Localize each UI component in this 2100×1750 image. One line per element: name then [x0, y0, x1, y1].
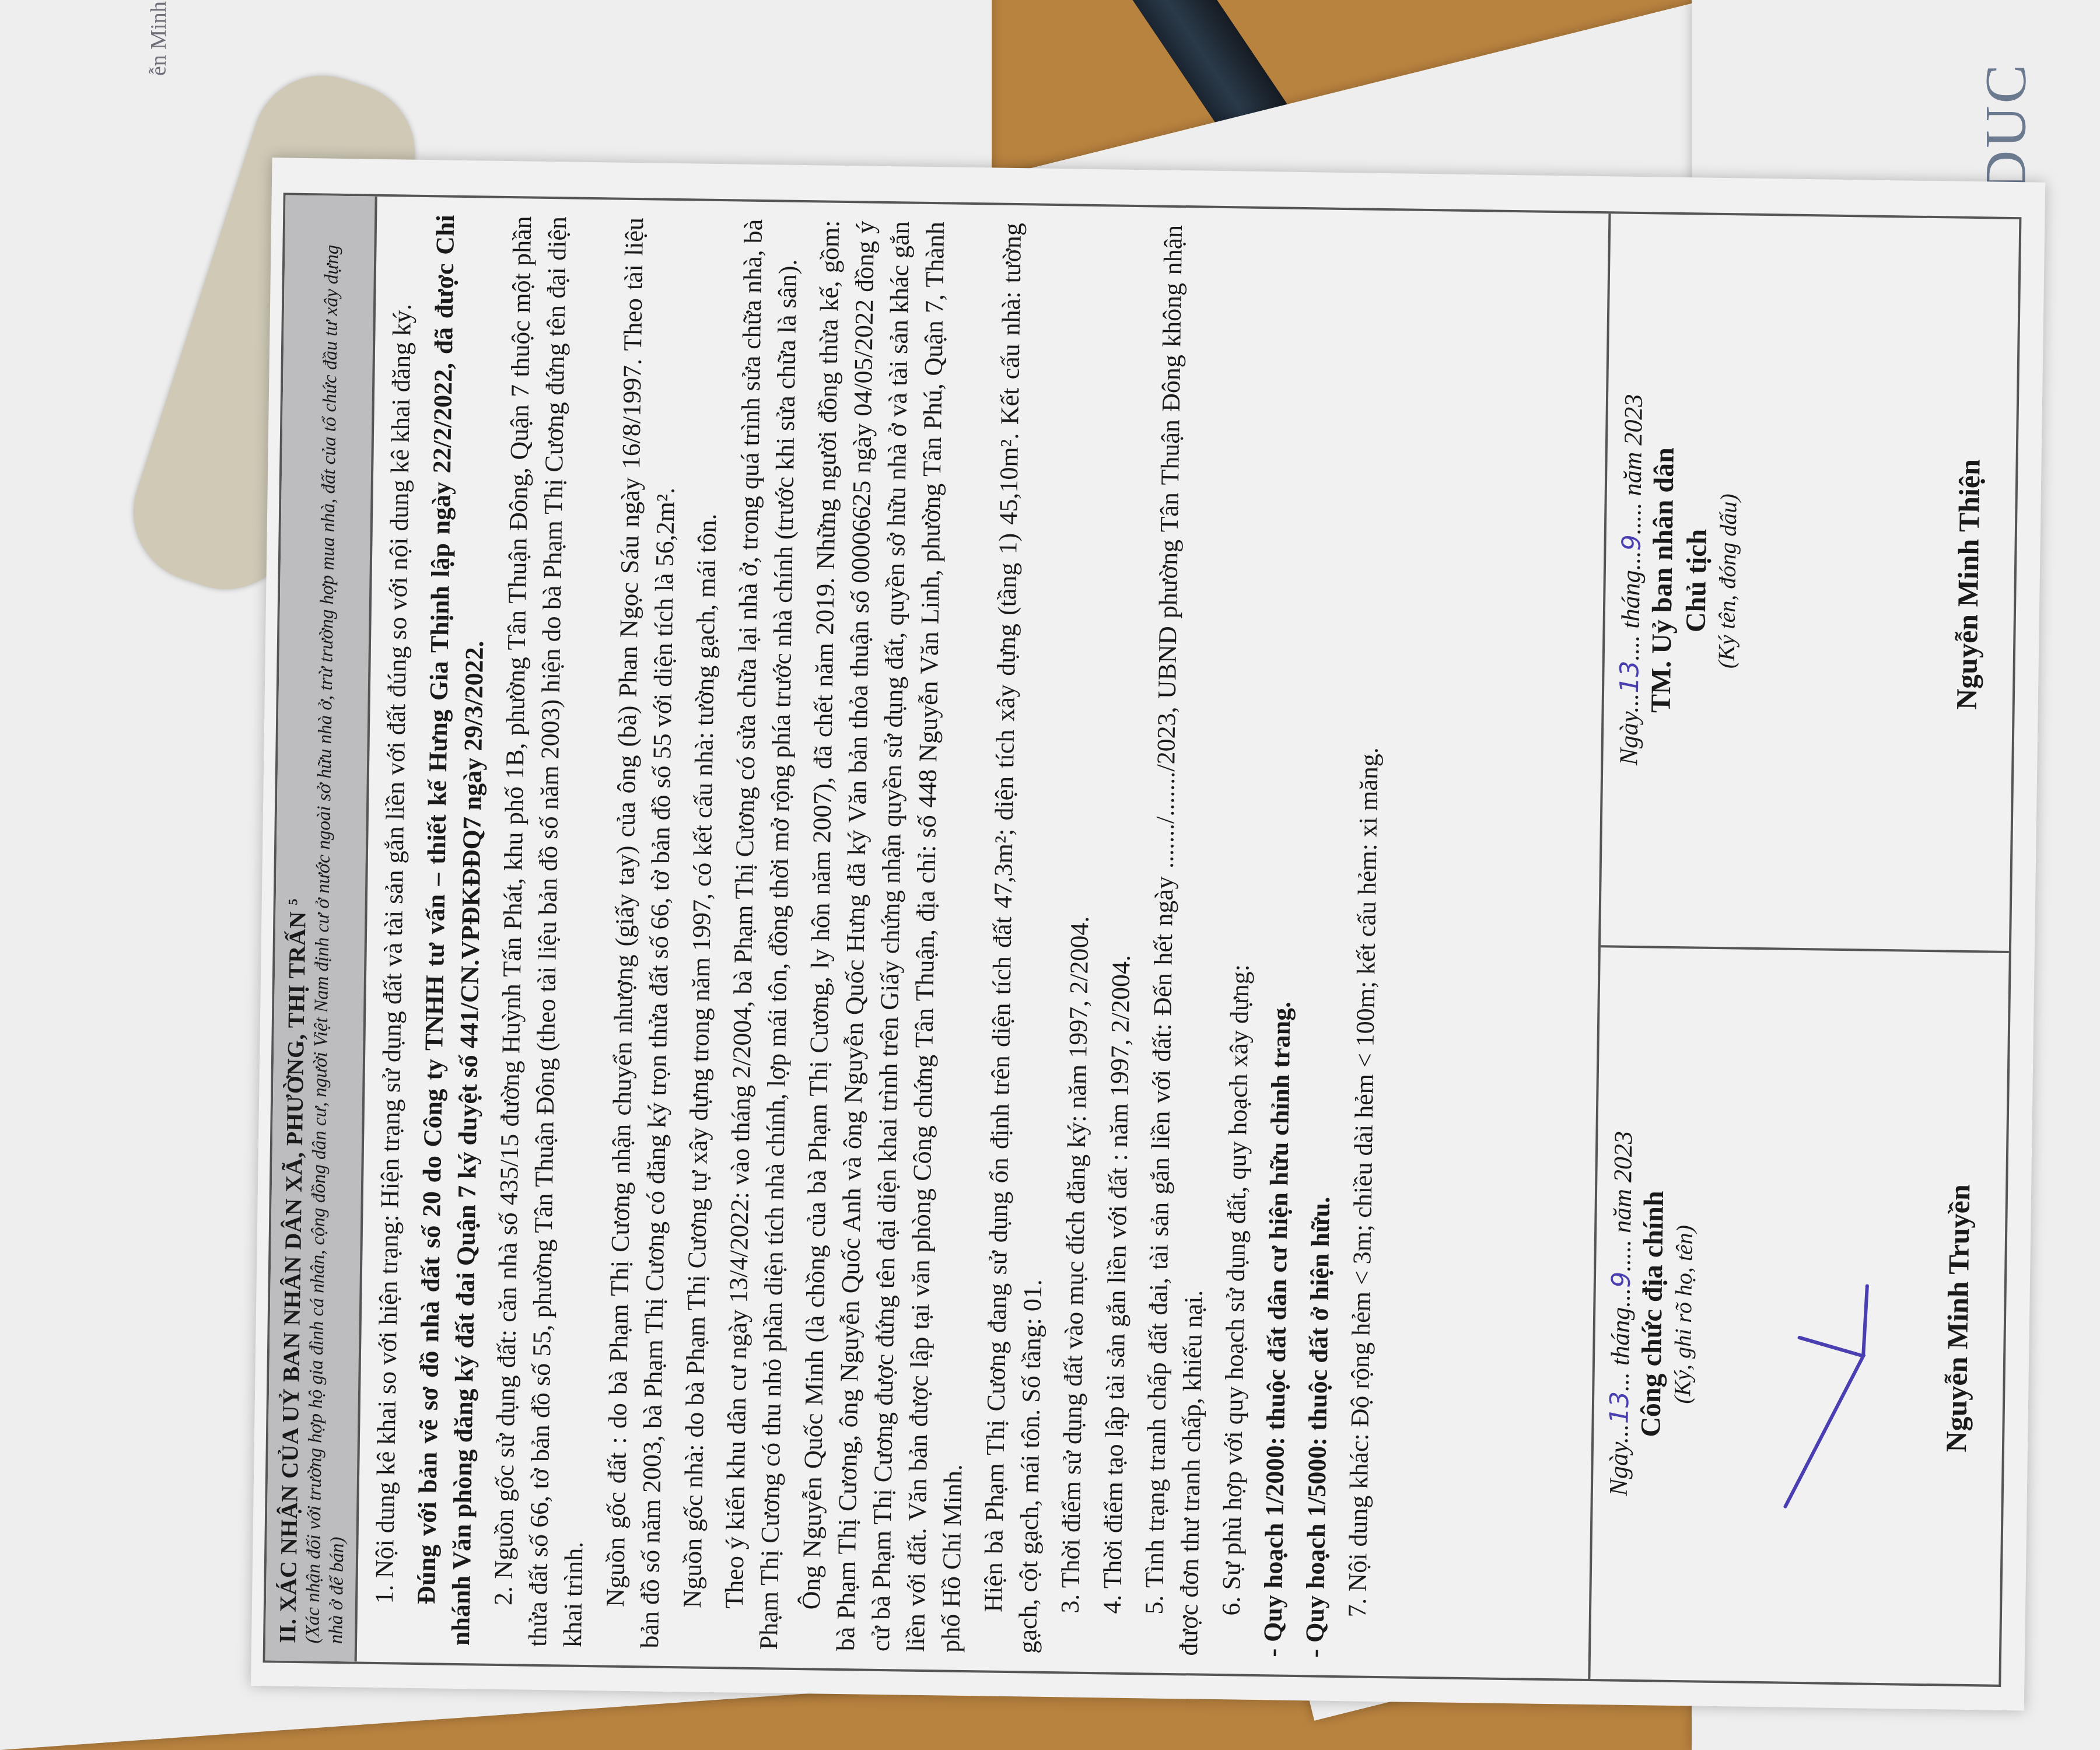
background-sheet-text: DUC — [1972, 62, 2039, 192]
document-paragraph: Nguồn gốc đất : do bà Phạm Thị Cương nhậ… — [597, 218, 687, 1648]
document-paragraph: 2. Nguồn gốc sử dụng đất: căn nhà số 435… — [485, 216, 610, 1647]
background-sheet-text: ễn Minh Mẫn — [146, 0, 171, 76]
confirmation-document: II. XÁC NHẬN CỦA UỶ BAN NHÂN DÂN XÃ, PHƯ… — [251, 157, 2045, 1710]
document-paragraph: Hiện bà Phạm Thị Cương đang sử dụng ổn đ… — [975, 223, 1065, 1654]
document-frame: II. XÁC NHẬN CỦA UỶ BAN NHÂN DÂN XÃ, PHƯ… — [263, 193, 2022, 1687]
document-paragraph: Đúng với bản vẽ sơ đồ nhà đất số 20 do C… — [408, 215, 498, 1646]
document-paragraph: Ông Nguyễn Quốc Minh (là chồng của bà Ph… — [793, 220, 988, 1653]
handwritten-signature — [1762, 1261, 1917, 1532]
document-paragraph: 5. Tình trạng tranh chấp đất đai, tài sả… — [1136, 225, 1226, 1655]
signer-name: Nguyễn Minh Thiện — [1946, 219, 1990, 951]
signer-name: Nguyễn Minh Truyền — [1936, 952, 1980, 1684]
document-paragraph: Theo ý kiến khu dân cư ngày 13/4/2022: v… — [716, 219, 806, 1650]
document-body: 1. Nội dung kê khai so với hiện trạng: H… — [357, 197, 1395, 1676]
signature-block: Ngày...13... tháng...9..... năm 2023 Côn… — [1588, 213, 2019, 1685]
signature-chairman: Ngày...13.... tháng...9..... năm 2023 TM… — [1601, 213, 2019, 953]
signature-cadastral-officer: Ngày...13... tháng...9..... năm 2023 Côn… — [1590, 947, 2008, 1685]
